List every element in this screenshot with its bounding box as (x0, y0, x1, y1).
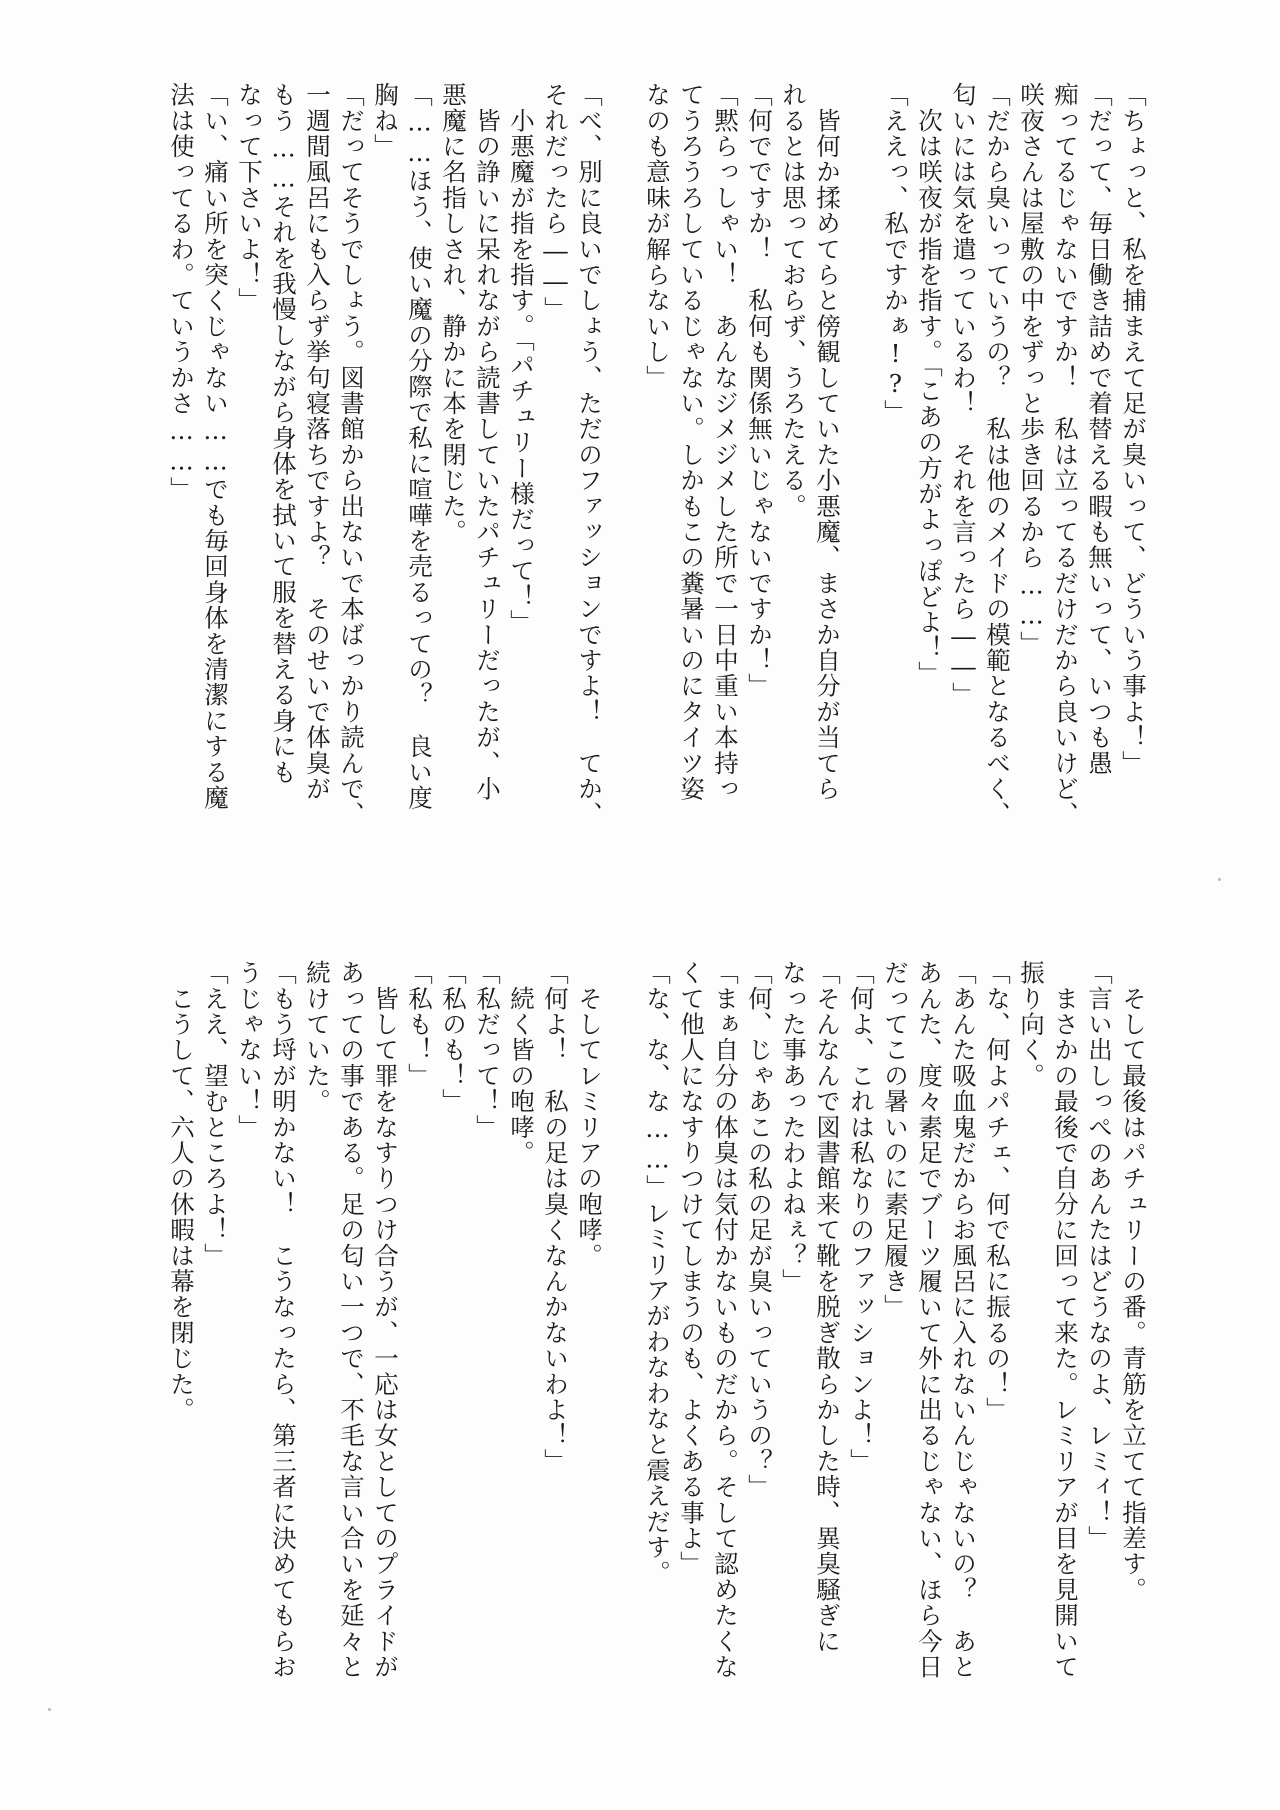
text-line: 次は咲夜が指を指す。「こあの方がよっぽどよ！」 (912, 82, 946, 802)
text-line: 「そんなんで図書館来て靴を脱ぎ散らかした時、異臭騒ぎに (810, 960, 844, 1680)
scan-speck (48, 1708, 51, 1711)
text-line: 痴ってるじゃないですか！ 私は立ってるだけだから良いけど、 (1048, 82, 1082, 802)
text-line: こうして、六人の休暇は幕を閉じた。 (164, 960, 198, 1680)
scan-speck (1218, 878, 1221, 881)
text-line: 皆の諍いに呆れながら読書していたパチュリーだったが、小 (470, 82, 504, 802)
text-line: 続けていた。 (300, 960, 334, 1680)
text-line: 「ちょっと、私を捕まえて足が臭いって、どういう事よ！」 (1116, 82, 1150, 802)
text-line: 「だってそうでしょう。図書館から出ないで本ばっかり読んで、 (334, 82, 368, 802)
text-line: 一週間風呂にも入らず挙句寝落ちですよ？ そのせいで体臭が (300, 82, 334, 802)
text-line: 「な、何よパチェ、何で私に振るの！」 (980, 960, 1014, 1680)
text-line: 「ええ、望むところよ！」 (198, 960, 232, 1680)
text-line: 皆何か揉めてらと傍観していた小悪魔、まさか自分が当てら (810, 82, 844, 802)
text-line: 「私だって！」 (470, 960, 504, 1680)
top-text-block: 「ちょっと、私を捕まえて足が臭いって、どういう事よ！」「だって、毎日働き詰めで着… (140, 82, 1150, 802)
text-line: あんた、度々素足でブーツ履いて外に出るじゃない、ほら今日 (912, 960, 946, 1680)
text-line: それだったら――」 (538, 82, 572, 802)
text-line: 「い、痛い所を突くじゃない……でも毎回身体を清潔にする魔 (198, 82, 232, 802)
text-line: 振り向く。 (1014, 960, 1048, 1680)
text-line: てうろうろしているじゃない。しかもこの糞暑いのにタイツ姿 (674, 82, 708, 802)
text-line: 「黙らっしゃい！ あんなジメジメした所で一日中重い本持っ (708, 82, 742, 802)
text-line: 匂いには気を遣っているわ！ それを言ったら――」 (946, 82, 980, 802)
text-line (606, 82, 640, 802)
text-line: 皆して罪をなすりつけ合うが、一応は女としてのプライドが (368, 960, 402, 1680)
text-line: もう……それを我慢しながら身体を拭いて服を替える身にも (266, 82, 300, 802)
text-line: まさかの最後で自分に回って来た。レミリアが目を見開いて (1048, 960, 1082, 1680)
text-line: 「べ、別に良いでしょう、ただのファッションですよ！ てか、 (572, 82, 606, 802)
text-line: 咲夜さんは屋敷の中をずっと歩き回るから……」 (1014, 82, 1048, 802)
text-line: 悪魔に名指しされ、静かに本を閉じた。 (436, 82, 470, 802)
text-line: あっての事である。足の匂い一つで、不毛な言い合いを延々と (334, 960, 368, 1680)
text-line: うじゃない！」 (232, 960, 266, 1680)
text-line: 「私も！」 (402, 960, 436, 1680)
text-line: なのも意味が解らないし」 (640, 82, 674, 802)
text-line: 小悪魔が指を指す。「パチュリー様だって！」 (504, 82, 538, 802)
text-line: 「まぁ自分の体臭は気付かないものだから。そして認めたくな (708, 960, 742, 1680)
text-line (606, 960, 640, 1680)
text-line (844, 82, 878, 802)
text-line: 「もう埒が明かない！ こうなったら、第三者に決めてもらお (266, 960, 300, 1680)
text-line: 「何でですか！ 私何も関係無いじゃないですか！」 (742, 82, 776, 802)
text-line: 「何よ、これは私なりのファッションよ！」 (844, 960, 878, 1680)
text-line: そしてレミリアの咆哮。 (572, 960, 606, 1680)
text-line: 「な、な、な……」レミリアがわなわなと震えだす。 (640, 960, 674, 1680)
text-line: そして最後はパチュリーの番。青筋を立てて指差す。 (1116, 960, 1150, 1680)
text-line: 「私のも！」 (436, 960, 470, 1680)
bottom-text-block: そして最後はパチュリーの番。青筋を立てて指差す。「言い出しっぺのあんたはどうなの… (190, 960, 1150, 1680)
text-line: れるとは思っておらず、うろたえる。 (776, 82, 810, 802)
text-line: だってこの暑いのに素足履き」 (878, 960, 912, 1680)
text-line: 「言い出しっぺのあんたはどうなのよ、レミィ！」 (1082, 960, 1116, 1680)
text-line: 「あんた吸血鬼だからお風呂に入れないんじゃないの？ あと (946, 960, 980, 1680)
text-line: なって下さいよ！」 (232, 82, 266, 802)
text-line: 胸ね」 (368, 82, 402, 802)
text-line: 「……ほう、使い魔の分際で私に喧嘩を売るっての？ 良い度 (402, 82, 436, 802)
text-line: なった事あったわよねぇ？」 (776, 960, 810, 1680)
text-line: 法は使ってるわ。ていうかさ……」 (164, 82, 198, 802)
text-line: くて他人になすりつけてしまうのも、よくある事よ」 (674, 960, 708, 1680)
text-line: 「何、じゃあこの私の足が臭いっていうの？」 (742, 960, 776, 1680)
text-line: 「だから臭いっていうの？ 私は他のメイドの模範となるべく、 (980, 82, 1014, 802)
text-line: 「何よ！ 私の足は臭くなんかないわよ！」 (538, 960, 572, 1680)
text-line: 「だって、毎日働き詰めで着替える暇も無いって、いつも愚 (1082, 82, 1116, 802)
text-line: 続く皆の咆哮。 (504, 960, 538, 1680)
text-line: 「ええっ、私ですかぁ!?」 (878, 82, 912, 802)
